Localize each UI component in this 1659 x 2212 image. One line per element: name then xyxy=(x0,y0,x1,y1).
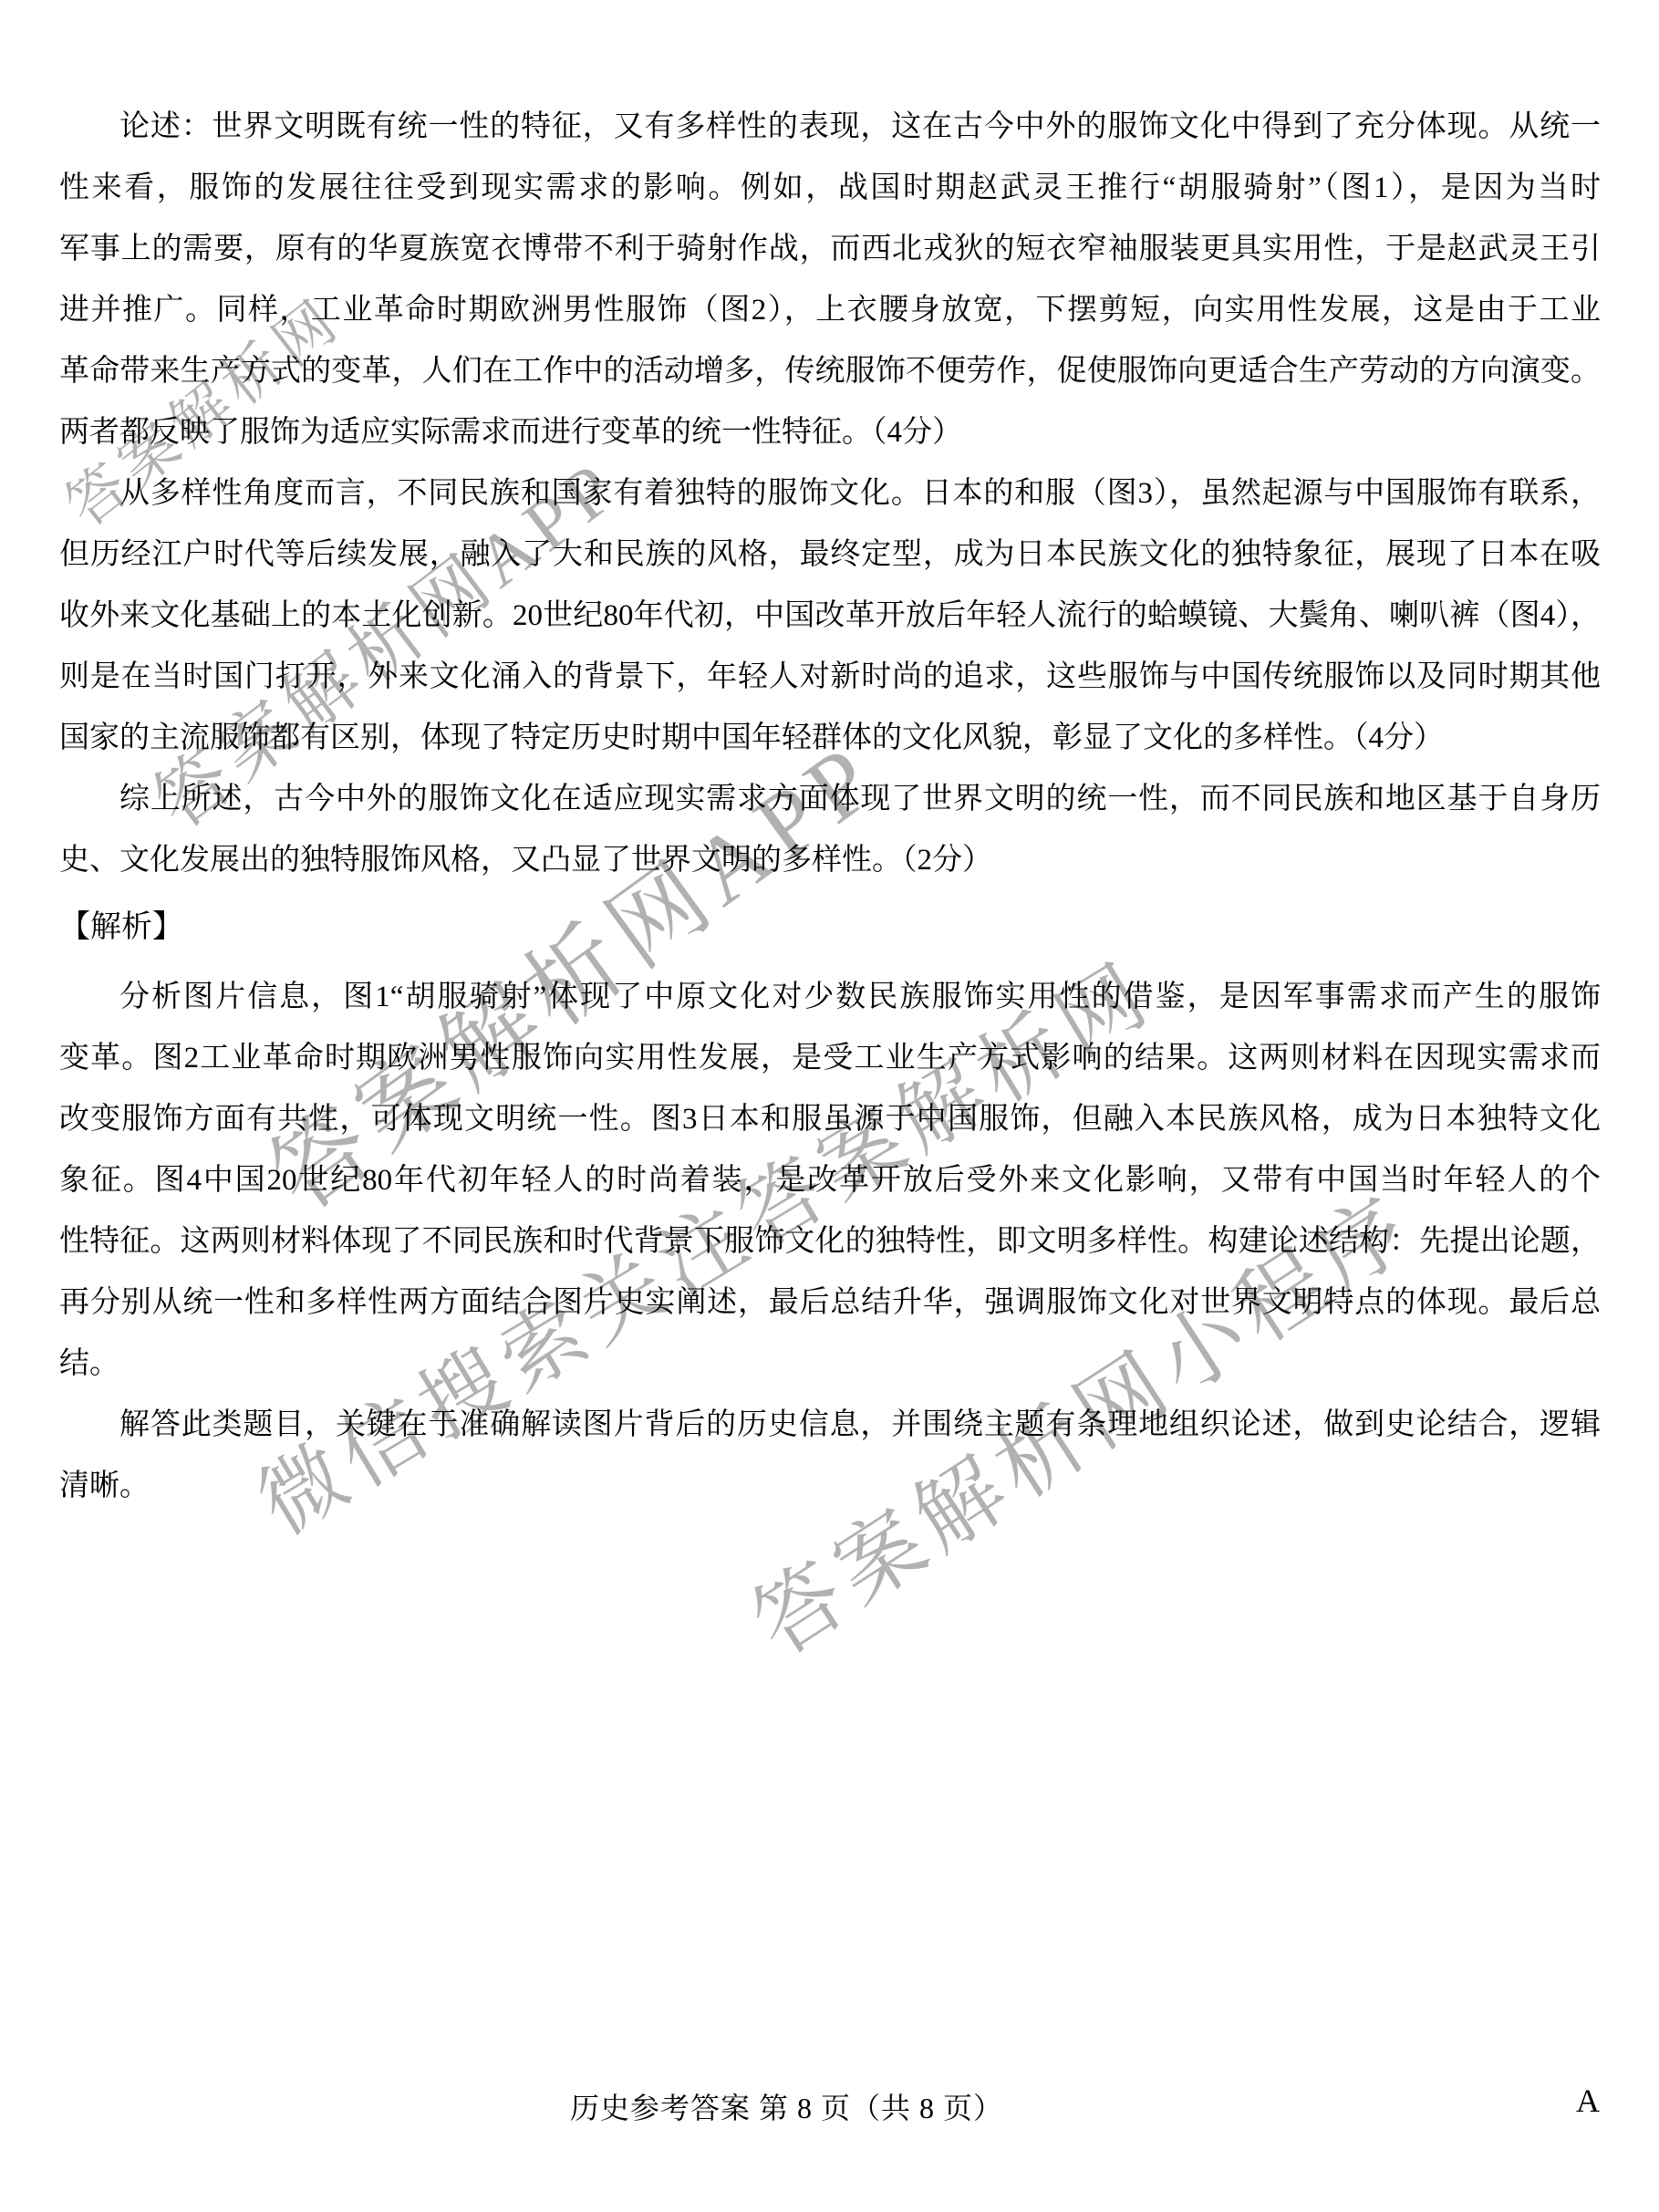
text-line: 性来看，服饰的发展往往受到现实需求的影响。例如，战国时期赵武灵王推行“胡服骑射”… xyxy=(59,158,1601,219)
text-line: 象征。图4中国20世纪80年代初年轻人的时尚着装，是改革开放后受外来文化影响，又… xyxy=(59,1150,1601,1211)
text-line: 解答此类题目，关键在于准确解读图片背后的历史信息，并围绕主题有条理地组织论述，做… xyxy=(59,1395,1601,1456)
text-line: 再分别从统一性和多样性两方面结合图片史实阐述，最后总结升华，强调服饰文化对世界文… xyxy=(59,1272,1601,1334)
text-line: 从多样性角度而言，不同民族和国家有着独特的服饰文化。日本的和服（图3），虽然起源… xyxy=(59,463,1601,524)
text-line: 改变服饰方面有共性，可体现文明统一性。图3日本和服虽源于中国服饰，但融入本民族风… xyxy=(59,1089,1601,1150)
page-footer: 历史参考答案 第 8 页（共 8 页） xyxy=(570,2085,1003,2127)
text-line: 两者都反映了服饰为适应实际需求而进行变革的统一性特征。（4分） xyxy=(59,402,1601,463)
section-heading: 【解析】 xyxy=(59,897,1601,958)
text-line: 论述：世界文明既有统一性的特征，又有多样性的表现，这在古今中外的服饰文化中得到了… xyxy=(59,97,1601,158)
text-line: 国家的主流服饰都有区别，体现了特定历史时期中国年轻群体的文化风貌，彰显了文化的多… xyxy=(59,708,1601,769)
text-line: 结。 xyxy=(59,1334,1601,1395)
text-line: 则是在当时国门打开，外来文化涌入的背景下，年轻人对新时尚的追求，这些服饰与中国传… xyxy=(59,647,1601,708)
text-line: 清晰。 xyxy=(59,1456,1601,1517)
text-line: 性特征。这两则材料体现了不同民族和时代背景下服饰文化的独特性，即文明多样性。构建… xyxy=(59,1211,1601,1272)
text-line: 军事上的需要，原有的华夏族宽衣博带不利于骑射作战，而西北戎狄的短衣窄袖服装更具实… xyxy=(59,219,1601,280)
page-corner-label: A xyxy=(1576,2082,1600,2120)
text-line: 革命带来生产方式的变革，人们在工作中的活动增多，传统服饰不便劳作，促使服饰向更适… xyxy=(59,341,1601,402)
text-line: 进并推广。同样，工业革命时期欧洲男性服饰（图2），上衣腰身放宽，下摆剪短，向实用… xyxy=(59,280,1601,341)
answer-text-block: 论述：世界文明既有统一性的特征，又有多样性的表现，这在古今中外的服饰文化中得到了… xyxy=(59,97,1601,1517)
document-page: 答案解析网答案解析网APP答案解析网APP微信搜索关注答案解析网答案解析网小程序… xyxy=(0,0,1659,2212)
text-line: 收外来文化基础上的本土化创新。20世纪80年代初，中国改革开放后年轻人流行的蛤蟆… xyxy=(59,586,1601,647)
text-line: 但历经江户时代等后续发展，融入了大和民族的风格，最终定型，成为日本民族文化的独特… xyxy=(59,524,1601,586)
text-line: 史、文化发展出的独特服饰风格，又凸显了世界文明的多样性。（2分） xyxy=(59,830,1601,891)
text-line: 综上所述，古今中外的服饰文化在适应现实需求方面体现了世界文明的统一性，而不同民族… xyxy=(59,769,1601,830)
text-line: 分析图片信息，图1“胡服骑射”体现了中原文化对少数民族服饰实用性的借鉴，是因军事… xyxy=(59,967,1601,1028)
text-line: 变革。图2工业革命时期欧洲男性服饰向实用性发展，是受工业生产方式影响的结果。这两… xyxy=(59,1028,1601,1089)
